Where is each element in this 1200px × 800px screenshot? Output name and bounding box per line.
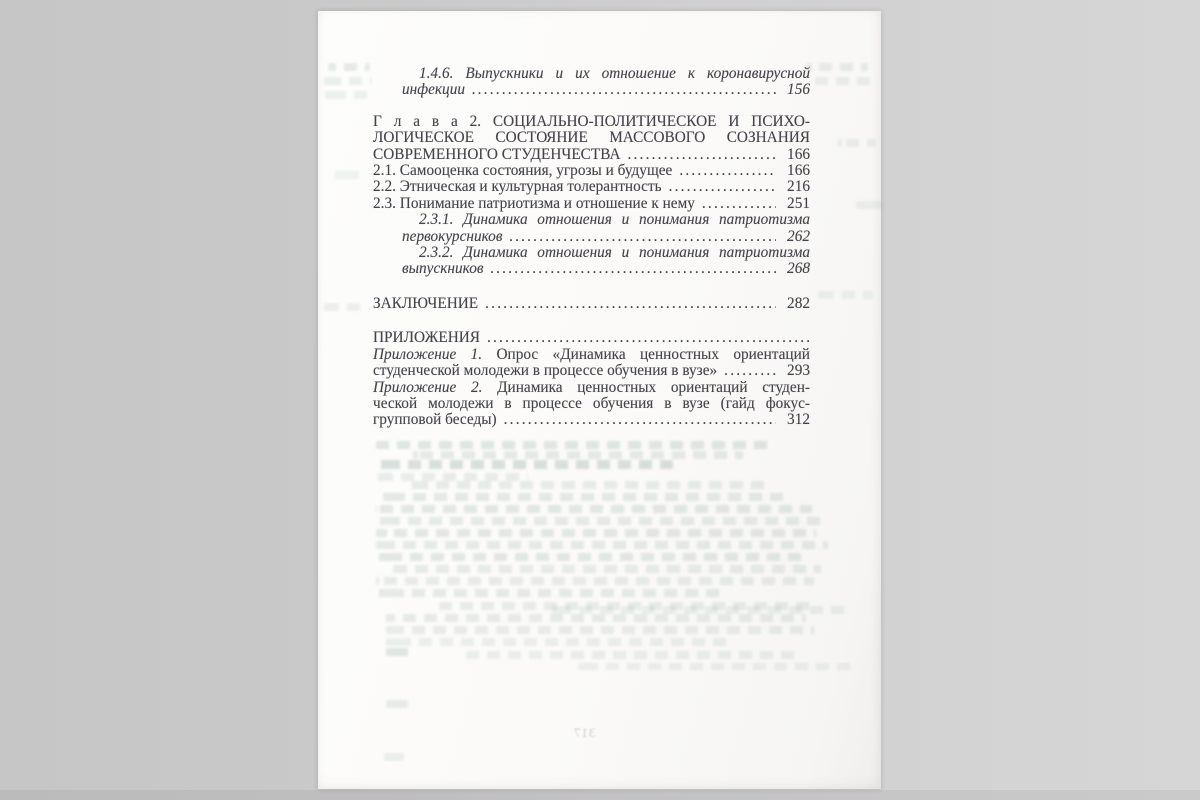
bleed-text-row xyxy=(376,577,814,585)
toc-page-number: 166 xyxy=(784,163,810,179)
toc-entry-text: первокурсников xyxy=(402,229,502,245)
bleed-text-row xyxy=(386,648,408,656)
toc-page-number: 216 xyxy=(784,179,810,195)
bleed-text-row xyxy=(376,589,724,597)
toc-line: студенческой молодежи в процессе обучени… xyxy=(373,363,810,379)
bleed-text-row xyxy=(806,63,868,71)
dot-leader xyxy=(487,330,810,346)
bleed-text-row xyxy=(320,303,364,311)
dot-leader xyxy=(509,229,776,245)
dot-leader xyxy=(702,196,776,212)
toc-entry-prefix: Приложение 1. xyxy=(373,346,482,363)
toc-entry-text: студенческой молодежи в процессе обучени… xyxy=(373,363,717,379)
bleed-text-row xyxy=(376,553,806,561)
bleed-text-row xyxy=(376,529,816,537)
bleed-text-row xyxy=(376,517,824,525)
scanner-background: 1.4.6. Выпускники и их отношение к корон… xyxy=(0,0,1200,800)
toc-page-number: 312 xyxy=(784,412,810,428)
dot-leader xyxy=(490,261,776,277)
bleed-text-row xyxy=(378,473,528,481)
bleed-text-row xyxy=(856,201,882,209)
dot-leader xyxy=(472,82,776,98)
toc-line: ческой молодежи в процессе обучения в ву… xyxy=(373,396,810,412)
bleed-text-row xyxy=(393,565,821,573)
dot-leader xyxy=(679,163,776,179)
toc-line: ЗАКЛЮЧЕНИЕ282 xyxy=(373,296,810,312)
toc-page-number: 262 xyxy=(784,229,810,245)
bleed-page-number: 317 xyxy=(573,725,596,741)
bleed-text-row xyxy=(373,460,673,469)
toc-entry-text: 2.1. Самооценка состояния, угрозы и буду… xyxy=(373,163,672,179)
toc-line: первокурсников262 xyxy=(402,229,810,245)
toc-entry-text: Г л а в а 2. СОЦИАЛЬНО-ПОЛИТИЧЕСКОЕ И ПС… xyxy=(373,113,810,130)
bleed-text-row xyxy=(376,505,812,513)
toc-line: ЛОГИЧЕСКОЕ СОСТОЯНИЕ МАССОВОГО СОЗНАНИЯ xyxy=(373,130,810,146)
toc-page-number: 166 xyxy=(784,147,810,163)
toc-line: инфекции156 xyxy=(402,82,810,98)
bleed-text-row xyxy=(436,602,814,610)
toc-entry-text: групповой беседы) xyxy=(373,412,497,428)
toc-page-number: 268 xyxy=(784,261,810,277)
toc-entry-text: выпускников xyxy=(402,261,483,277)
toc-line: 2.2. Этническая и культурная толерантнос… xyxy=(373,179,810,195)
toc-entry-text: 2.3.1. Динамика отношения и понимания па… xyxy=(419,211,810,228)
bleed-text-row xyxy=(384,753,404,761)
bleed-text-row xyxy=(406,481,766,489)
bleed-text-row xyxy=(838,139,876,147)
bleed-text-row xyxy=(413,451,743,459)
toc-page-number: 293 xyxy=(784,363,810,379)
toc-line: Приложение 1. Опрос «Динамика ценностных… xyxy=(373,347,810,363)
toc-entry-text: СОВРЕМЕННОГО СТУДЕНЧЕСТВА xyxy=(373,147,621,163)
toc-entry-text: 2.3. Понимание патриотизма и отношение к… xyxy=(373,196,695,212)
bleed-text-row xyxy=(322,91,372,99)
toc-entry-text: ЛОГИЧЕСКОЕ СОСТОЯНИЕ МАССОВОГО СОЗНАНИЯ xyxy=(373,129,810,146)
toc-line: Г л а в а 2. СОЦИАЛЬНО-ПОЛИТИЧЕСКОЕ И ПС… xyxy=(373,114,810,130)
toc-entry-text: Приложение 2. Динамика ценностных ориент… xyxy=(373,379,810,396)
toc-entry-text: ЗАКЛЮЧЕНИЕ xyxy=(373,296,478,312)
bleed-text-row xyxy=(328,171,360,179)
book-page: 1.4.6. Выпускники и их отношение к корон… xyxy=(318,11,881,789)
bleed-text-row xyxy=(548,606,848,614)
bleed-text-row xyxy=(376,441,771,449)
bleed-text-row xyxy=(386,614,806,622)
dot-leader xyxy=(504,412,776,428)
toc-line: СОВРЕМЕННОГО СТУДЕНЧЕСТВА166 xyxy=(373,147,810,163)
toc-line: выпускников268 xyxy=(402,261,810,277)
dot-leader xyxy=(485,296,776,312)
bleed-text-row xyxy=(386,700,408,708)
toc-page-number: 282 xyxy=(784,296,810,312)
toc-line: Приложение 2. Динамика ценностных ориент… xyxy=(373,380,810,396)
bleed-text-row xyxy=(328,63,370,71)
bleed-text-row xyxy=(578,663,858,670)
bleed-text-row xyxy=(818,291,873,299)
bleed-text-row xyxy=(814,77,872,85)
bleed-text-row xyxy=(466,651,796,659)
toc-entry-text: ческой молодежи в процессе обучения в ву… xyxy=(373,395,810,412)
toc-entry-text: 2.3.2. Динамика отношения и понимания па… xyxy=(419,244,810,261)
toc-line: 2.1. Самооценка состояния, угрозы и буду… xyxy=(373,163,810,179)
table-of-contents: 1.4.6. Выпускники и их отношение к корон… xyxy=(373,66,810,429)
toc-line: групповой беседы)312 xyxy=(373,412,810,428)
toc-line: ПРИЛОЖЕНИЯ xyxy=(373,330,810,346)
dot-leader xyxy=(724,363,776,379)
bleed-text-row xyxy=(376,541,828,549)
toc-entry-text: ПРИЛОЖЕНИЯ xyxy=(373,330,480,346)
bleed-text-row xyxy=(386,626,814,634)
dot-leader xyxy=(628,147,777,163)
toc-entry-text: 2.2. Этническая и культурная толерантнос… xyxy=(373,179,662,195)
toc-entry-text: 1.4.6. Выпускники и их отношение к корон… xyxy=(419,65,810,82)
toc-line: 2.3.2. Динамика отношения и понимания па… xyxy=(419,245,810,261)
toc-page-number: 156 xyxy=(784,82,810,98)
toc-entry-text: инфекции xyxy=(402,82,465,98)
toc-line: 1.4.6. Выпускники и их отношение к корон… xyxy=(419,66,810,82)
dot-leader xyxy=(669,179,776,195)
toc-entry-prefix: Приложение 2. xyxy=(373,379,482,396)
toc-page-number: 251 xyxy=(784,196,810,212)
toc-entry-text: Приложение 1. Опрос «Динамика ценностных… xyxy=(373,346,810,363)
bleed-text-row xyxy=(324,77,372,85)
toc-line: 2.3.1. Динамика отношения и понимания па… xyxy=(419,212,810,228)
bleed-text-row xyxy=(376,493,784,501)
bleed-text-row xyxy=(386,638,734,646)
toc-line: 2.3. Понимание патриотизма и отношение к… xyxy=(373,196,810,212)
